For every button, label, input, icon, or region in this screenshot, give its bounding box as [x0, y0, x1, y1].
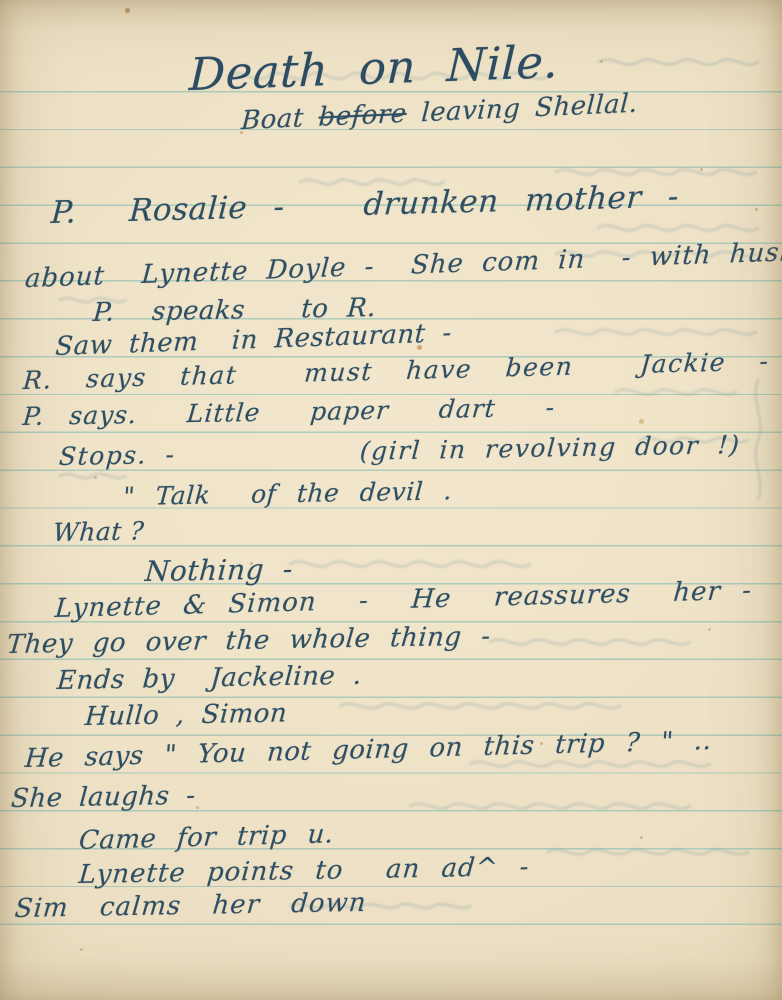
manuscript-line: " Talk of the devil .: [122, 478, 453, 509]
page-title: Death on Nile.: [188, 39, 559, 97]
manuscript-line: Lynette points to an ad^ -: [78, 854, 531, 888]
foxing-specks: [0, 0, 3, 3]
manuscript-line: Hullo , Simon: [84, 700, 288, 730]
manuscript-line: Ends by Jackeline .: [56, 663, 363, 694]
subtitle-struck-word: before: [318, 99, 408, 133]
manuscript-line: She laughs -: [10, 783, 196, 812]
manuscript-line: What ?: [52, 518, 145, 545]
manuscript-line: Nothing -: [144, 555, 294, 586]
subtitle-pre: Boat: [240, 103, 319, 136]
manuscript-line: Sim calms her down: [14, 890, 368, 922]
notebook-page: Death on Nile. Boat before leaving Shell…: [0, 0, 782, 1000]
manuscript-line: Came for trip u.: [78, 821, 335, 854]
